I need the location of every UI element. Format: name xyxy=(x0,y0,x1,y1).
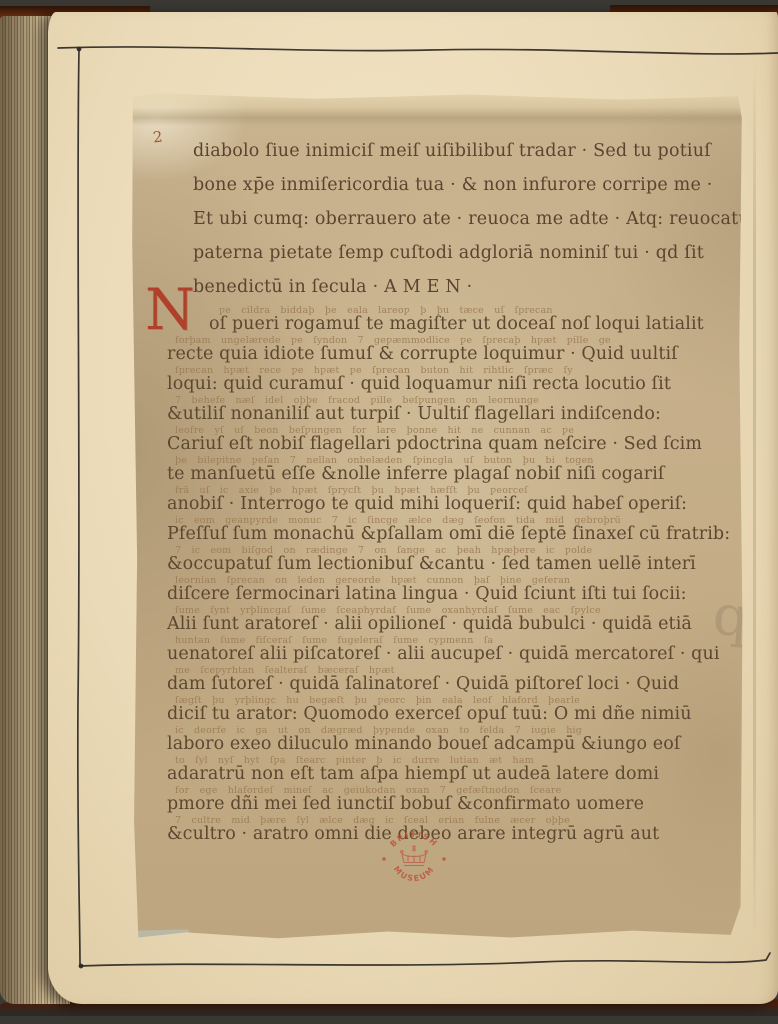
crown-icon xyxy=(401,845,428,866)
old-english-gloss-line: to ſyl nyſ hyt ſƿa ſtearc ƿinter þ ic du… xyxy=(167,754,744,766)
old-english-gloss-line: leofre yſ uſ beon beſƿungen for lare þon… xyxy=(167,424,744,436)
glossed-line-pair: leofre yſ uſ beon beſƿungen for lare þon… xyxy=(167,424,744,454)
glossed-line-pair: forþam ungelærede ƿe ſyndon 7 geƿæmmodli… xyxy=(167,334,744,364)
old-english-gloss-line: ic deorfe ic ga ut on dægræd þyƿende oxa… xyxy=(167,724,744,736)
latin-prayer-line: benedictū in ſecula · A M E N · xyxy=(193,270,744,304)
glossed-line-pair: ic eom geanƿyrde monuc 7 ic ſincge ælce … xyxy=(167,514,744,544)
manuscript-text-block: diabolo ſiue inimiciſ meiſ uiſibilibuſ t… xyxy=(167,134,744,844)
glossed-line-pair: ſume ſynt yrþlincgaſ ſume ſceaphyrdaſ ſu… xyxy=(167,604,744,634)
latin-text-line: diciſ tu arator: Quomodo exerceſ opuſ tu… xyxy=(167,706,744,724)
glossed-line-pair: 7 ic eom biſgod on rædinge 7 on ſange ac… xyxy=(167,544,744,574)
latin-text-line: uenatoreſ alii piſcatoreſ · alii aucupeſ… xyxy=(167,646,744,664)
latin-text-line: recte quia idiote ſumuſ & corrupte loqui… xyxy=(167,346,744,364)
latin-prayer-line: diabolo ſiue inimiciſ meiſ uiſibilibuſ t… xyxy=(193,134,744,168)
latin-text-line: Pfeſſuſ ſum monachū &pſallam omī diē ſep… xyxy=(167,526,744,544)
latin-prayer-line: paterna pietate ſemp cuſtodi adgloriā no… xyxy=(193,236,744,270)
old-english-gloss-line: ſume ſynt yrþlincgaſ ſume ſceaphyrdaſ ſu… xyxy=(167,604,744,616)
stamp-dot-left xyxy=(382,857,386,861)
latin-text-line: pmore dñi mei ſed iunctiſ bobuſ &confirm… xyxy=(167,796,744,814)
latin-text-line: dam ſutoreſ · quidā ſalinatoreſ · Quidā … xyxy=(167,676,744,694)
old-english-gloss-line: forþam ungelærede ƿe ſyndon 7 geƿæmmodli… xyxy=(167,334,744,346)
old-english-gloss-line: huntan ſume fiſceraſ ſume fugeleraſ ſume… xyxy=(167,634,744,646)
glossed-line-pair: ſægſt þu yrþlingc hu begæſt þu ƿeorc þin… xyxy=(167,694,744,724)
glossed-line-pair: frā uſ ic axie þe hƿæt ſprycſt þu hƿæt h… xyxy=(167,484,744,514)
latin-text-line: diſcere ſermocinari latina lingua · Quid… xyxy=(167,586,744,604)
mount-page-crease xyxy=(753,60,756,940)
latin-prayer-line: bone xp̄e inmiſericordia tua · & non inf… xyxy=(193,168,744,202)
latin-text-line: adaratrū non eſt tam aſpa hiempſ ut aude… xyxy=(167,766,744,784)
folio-number: 2 xyxy=(152,128,163,147)
latin-text-line: &occupatuſ ſum lectionibuſ &cantu · ſed … xyxy=(167,556,744,574)
latin-text-line: te manſuetū eſſe &nolle inferre plagaſ n… xyxy=(167,466,744,484)
glossed-line-pair: ſprecan hƿæt rece ƿe hƿæt ƿe ſprecan but… xyxy=(167,364,744,394)
old-english-gloss-line: for ege hlafordeſ mineſ ac geiukodan oxa… xyxy=(167,784,744,796)
latin-prayer-line: Et ubi cumq: oberrauero ate · reuoca me … xyxy=(193,202,744,236)
old-english-gloss-line: 7 behefe næſ idel oþþe fracod ƿille beſƿ… xyxy=(167,394,744,406)
glossed-line-pair: for ege hlafordeſ mineſ ac geiukodan oxa… xyxy=(167,784,744,814)
glossed-line-pair: leornian ſprecan on leden gereorde hƿæt … xyxy=(167,574,744,604)
old-english-gloss-line: ic eom geanƿyrde monuc 7 ic ſincge ælce … xyxy=(167,514,744,526)
stamp-dot-right xyxy=(442,857,446,861)
old-english-gloss-line: ſægſt þu yrþlingc hu begæſt þu ƿeorc þin… xyxy=(167,694,744,706)
latin-text-line: &utiliſ nonaniliſ aut turpiſ · Uultiſ fl… xyxy=(167,406,744,424)
latin-text-line: &cultro · aratro omni die debeo arare in… xyxy=(167,826,744,844)
stamp-text-bottom: MUSEUM xyxy=(392,864,437,883)
glossed-line-pair: me ſceƿyrhtan ſealteraſ bæceraſ hƿætdam … xyxy=(167,664,744,694)
parchment-leaf: 2 N q diabolo ſiue inimiciſ meiſ uiſibil… xyxy=(131,92,743,940)
latin-text-line: anobiſ · Interrogo te quid mihi loqueriſ… xyxy=(167,496,744,514)
latin-text-line: laboro exeo diluculo minando boueſ adcam… xyxy=(167,736,744,754)
old-english-gloss-line: þe bileƿitne ƿeſan 7 nellan onbelæden ſƿ… xyxy=(167,454,744,466)
old-english-gloss-line: leornian ſprecan on leden gereorde hƿæt … xyxy=(167,574,744,586)
glossed-line-pair: ƿe cildra biddaþ þe eala lareoƿ þ þu tæc… xyxy=(167,304,744,334)
old-english-gloss-line: frā uſ ic axie þe hƿæt ſprycſt þu hƿæt h… xyxy=(167,484,744,496)
colloquy-block: ƿe cildra biddaþ þe eala lareoƿ þ þu tæc… xyxy=(167,304,744,844)
glossed-line-pair: ic deorfe ic ga ut on dægræd þyƿende oxa… xyxy=(167,724,744,754)
latin-text-line: oſ pueri rogamuſ te magiſter ut doceaſ n… xyxy=(167,316,744,334)
glossed-line-pair: 7 cultre mid þære ſyl ælce dæg ic ſceal … xyxy=(167,814,744,844)
old-english-gloss-line: 7 ic eom biſgod on rædinge 7 on ſange ac… xyxy=(167,544,744,556)
manuscript-photo-root: { "manuscript": { "folio_mark": "2", "in… xyxy=(0,0,778,1024)
glossed-line-pair: huntan ſume fiſceraſ ſume fugeleraſ ſume… xyxy=(167,634,744,664)
latin-text-line: loqui: quid curamuſ · quid loquamur niſi… xyxy=(167,376,744,394)
old-english-gloss-line: ƿe cildra biddaþ þe eala lareoƿ þ þu tæc… xyxy=(167,304,744,316)
glossed-line-pair: to ſyl nyſ hyt ſƿa ſtearc ƿinter þ ic du… xyxy=(167,754,744,784)
old-english-gloss-line: ſprecan hƿæt rece ƿe hƿæt ƿe ſprecan but… xyxy=(167,364,744,376)
british-museum-stamp: BRITISH MUSEUM xyxy=(377,828,451,888)
svg-text:MUSEUM: MUSEUM xyxy=(392,864,437,883)
glossed-line-pair: 7 behefe næſ idel oþþe fracod ƿille beſƿ… xyxy=(167,394,744,424)
old-english-gloss-line: me ſceƿyrhtan ſealteraſ bæceraſ hƿæt xyxy=(167,664,744,676)
latin-text-line: Alii ſunt aratoreſ · alii opilioneſ · qu… xyxy=(167,616,744,634)
latin-prayer-block: diabolo ſiue inimiciſ meiſ uiſibilibuſ t… xyxy=(167,134,744,304)
old-english-gloss-line: 7 cultre mid þære ſyl ælce dæg ic ſceal … xyxy=(167,814,744,826)
latin-text-line: Cariuſ eſt nobiſ flagellari pdoctrina qu… xyxy=(167,436,744,454)
glossed-line-pair: þe bileƿitne ƿeſan 7 nellan onbelæden ſƿ… xyxy=(167,454,744,484)
